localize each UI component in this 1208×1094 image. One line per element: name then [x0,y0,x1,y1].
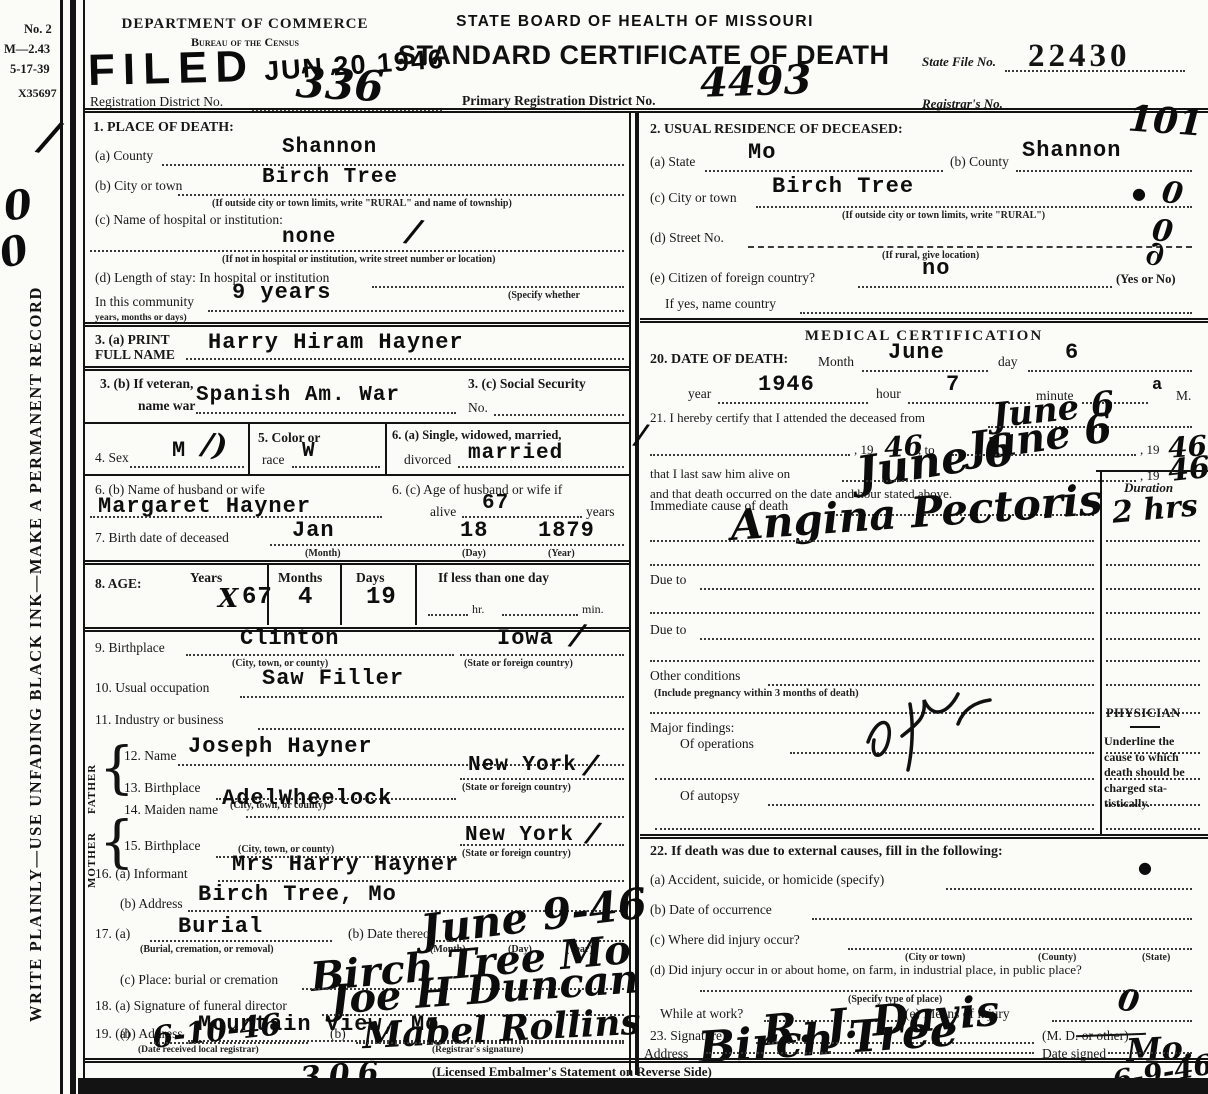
age-hr-label: hr. [472,602,484,617]
last-saw-label: that I last saw him alive on [650,466,790,482]
birthdate-month: Jan [292,518,335,543]
filed-stamp: FILED [87,42,255,96]
at-work-label: While at work? [660,1006,743,1022]
mother-name-label: 14. Maiden name [124,802,218,818]
due-to-label: Due to [650,572,686,588]
dotted-line [258,728,624,730]
dotted-line [768,804,1094,806]
dotted-line [655,828,1094,830]
marital-label2: divorced [404,452,451,468]
physician-title: PHYSICIAN [1106,706,1181,721]
dotted-line [756,206,1192,208]
dotted-line [700,638,1094,640]
veteran-label2: name war [138,398,195,414]
rule [70,0,76,1094]
primary-district-value: 4493 [699,56,812,107]
ssn-label1: 3. (c) Social Security [468,376,586,392]
disposition-value: Burial [178,914,263,939]
industry-label: 11. Industry or business [95,712,224,728]
occupation-value: Saw Filler [262,666,404,691]
injury-where-label: (c) Where did injury occur? [650,932,800,948]
received-label: 19. (a) [95,1026,130,1042]
operations-label: Of operations [680,736,754,752]
race-label2: race [262,452,284,468]
month-caption: (Month) [305,548,341,559]
registrar-sig-label: (b) [330,1026,346,1042]
handwritten-scribble [850,680,1000,780]
birthdate-year: 1879 [538,518,595,543]
father-name-label: 12. Name [124,748,176,764]
age-label: 8. AGE: [95,576,142,592]
rule [83,0,85,1094]
age-less-header: If less than one day [438,570,549,586]
dotted-line [150,1042,308,1044]
dotted-line [1106,684,1200,686]
foreign-country-label: If yes, name country [665,296,776,312]
dotted-line [186,654,454,656]
year-label: year [688,386,711,402]
mother-birthplace-state-caption: (State or foreign country) [462,848,571,859]
other-conditions-label: Other conditions [650,668,740,684]
date-of-death-label: 20. DATE OF DEATH: [650,352,788,368]
rule [415,565,417,625]
dotted-line [706,1052,1034,1054]
dotted-line [1106,564,1200,566]
residence-city-caption: (If outside city or town limits, write "… [842,210,1045,221]
rule [629,113,631,1075]
disposition-caption: (Burial, cremation, or removal) [140,944,274,955]
primary-district-label: Primary Registration District No. [462,93,655,109]
fullname-label2: FULL NAME [95,347,175,363]
month-label: Month [818,354,854,370]
street-label: (d) Street No. [650,230,724,246]
birthdate-label: 7. Birth date of deceased [95,530,229,546]
rule [640,834,1208,836]
rule [248,424,250,474]
rule [85,1058,1208,1060]
dotted-line [1106,660,1200,662]
handwritten-mark: ● [1138,858,1152,877]
citizen-caption: (Yes or No) [1116,272,1175,287]
dotted-line [90,516,382,518]
dotted-line [655,778,1094,780]
birthdate-day: 18 [460,518,488,543]
dotted-line [196,412,456,414]
handwritten-mark: ∂ [1143,233,1167,275]
hospital-caption: (If not in hospital or institution, writ… [222,254,495,265]
residence-state-value: Mo [748,140,776,165]
hour-label: hour [876,386,901,402]
dotted-line [650,454,850,456]
spouse-age-label2: alive [430,504,456,520]
state-file-value: 22430 [1028,38,1131,75]
spouse-age-value: 67 [482,492,509,515]
informant-address-label: (b) Address [120,896,183,912]
dotted-line [460,778,624,780]
dotted-line [356,1042,624,1044]
rule [85,322,629,324]
registrar-sig-caption: (Registrar's signature) [432,1045,523,1055]
community-label: In this community [95,294,194,310]
day-caption: (Day) [462,548,486,559]
day-label: day [998,354,1018,370]
dotted-line [946,888,1192,890]
received-caption: (Date received local registrar) [138,1045,259,1055]
bottom-black-bar [78,1078,1208,1094]
rule [85,560,629,562]
dotted-line [858,286,1112,288]
spouse-age-label1: 6. (c) Age of husband or wife if [392,482,562,498]
dotted-line [705,170,943,172]
city-label: (b) City or town [95,178,182,194]
autopsy-label: Of autopsy [680,788,740,804]
father-birthplace-value: New York [468,754,577,777]
dotted-line [1106,588,1200,590]
death-ampm-value: a [1152,376,1163,395]
county-label: (a) County [95,148,153,164]
birthplace-city: Clinton [240,626,339,651]
rule [85,422,629,424]
dotted-line [650,612,1094,614]
handwritten-mark: / [569,617,586,653]
rule [640,318,1208,320]
fullname-value: Harry Hiram Hayner [208,330,464,355]
rule [1130,726,1160,728]
cause-duration-value: 2 hrs [1111,488,1200,530]
dotted-line [1106,638,1200,640]
age-min-label: min. [582,602,604,617]
dotted-line [862,370,988,372]
state-file-label: State File No. [922,54,996,70]
informant-label: 16. (a) Informant [95,866,188,882]
dotted-line [800,312,1192,314]
reg-district-value: 336 [295,58,385,112]
citizen-label: (e) Citizen of foreign country? [650,270,815,286]
birthplace-state: Iowa [497,626,554,651]
marital-value: married [468,442,563,465]
occurrence-date-label: (b) Date of occurrence [650,902,772,918]
dotted-line [460,654,624,656]
veteran-label1: 3. (b) If veteran, [100,376,193,392]
dotted-line [90,250,624,252]
rule [85,474,629,476]
rule [340,565,342,625]
handwritten-mark: 101 [1127,97,1205,144]
rule [85,108,1208,110]
handwritten-mark: 0 [1115,982,1142,1020]
rule [635,113,639,1075]
dotted-line [1016,170,1192,172]
header-department: DEPARTMENT OF COMMERCE [95,16,395,33]
rule [385,424,387,474]
dotted-line [178,194,624,196]
informant-value: Mrs Harry Hayner [232,852,459,877]
race-value: W [302,440,316,463]
rule [60,0,63,1094]
dotted-line [1106,612,1200,614]
injury-state-caption: (State) [1142,952,1170,963]
dashed-line [748,246,1192,248]
dotted-line [252,110,442,112]
dotted-line [130,466,244,468]
physician-note: Underline the cause to which death shoul… [1104,734,1202,812]
residence-county-label: (b) County [950,154,1009,170]
veteran-value: Spanish Am. War [196,384,400,407]
rule [1096,470,1208,472]
death-day-value: 6 [1065,340,1079,365]
dotted-line [270,544,624,546]
fullname-label1: 3. (a) PRINT [95,332,170,348]
dotted-line [150,940,332,942]
burial-place-label: (c) Place: burial or cremation [120,972,278,988]
father-birthplace-label: 13. Birthplace [124,780,200,796]
residence-city-value: Birch Tree [772,174,914,199]
section1-title: 1. PLACE OF DEATH: [93,120,234,136]
corner-print-line1: No. 2 [24,22,52,37]
mother-birthplace-label: 15. Birthplace [124,838,200,854]
birthplace-state-caption: (State or foreign country) [464,658,573,669]
father-side-label: FATHER [86,740,98,814]
death-certificate-sheet: No. 2 M—2.43 5-17-39 X35697 / 0 0 WRITE … [0,0,1208,1094]
informant-address-value: Birch Tree, Mo [198,882,397,907]
year19-label: , 19 [1140,442,1160,458]
dotted-line [1106,828,1200,830]
dotted-line [208,310,624,312]
birthplace-label: 9. Birthplace [95,640,165,656]
dotted-line [700,588,1094,590]
meridiem-label: M. [1176,388,1191,404]
dotted-line [718,402,868,404]
sex-label: 4. Sex [95,450,129,466]
residence-county-value: Shannon [1022,138,1121,163]
corner-print-line3: 5-17-39 [10,62,50,77]
disposition-label: 17. (a) [95,926,130,942]
hospital-label: (c) Name of hospital or institution: [95,212,283,228]
injury-place-label: (d) Did injury occur in or about home, o… [650,962,1082,978]
dotted-line [460,844,624,846]
mother-name-value: AdelWheelock [222,786,392,811]
dotted-line [494,414,624,416]
dotted-line [1106,540,1200,542]
rule [1100,470,1102,834]
age-years-mark: X [218,584,238,614]
dotted-line [186,358,624,360]
death-year-value: 1946 [758,372,815,397]
hospital-value: none [282,226,336,249]
city-value: Birch Tree [262,166,398,189]
dotted-line [428,614,468,616]
father-name-value: Joseph Hayner [188,734,373,759]
occupation-label: 10. Usual occupation [95,680,209,696]
residence-state-label: (a) State [650,154,695,170]
corner-print-line4: X35697 [18,86,57,101]
dotted-line [1028,370,1192,372]
rule [85,366,629,368]
header-board: STATE BOARD OF HEALTH OF MISSOURI [405,13,865,31]
death-month-value: June [888,340,945,365]
dotted-line [1052,1020,1192,1022]
year-caption: (Year) [548,548,575,559]
other-conditions-caption: (Include pregnancy within 3 months of de… [654,688,859,699]
margin-instruction-text: WRITE PLAINLY—USE UNFADING BLACK INK—MAK… [26,132,46,1022]
section2-title: 2. USUAL RESIDENCE OF DECEASED: [650,122,903,138]
age-days-value: 19 [366,584,397,611]
section22-title: 22. If death was due to external causes,… [650,844,1003,860]
father-birthplace-state-caption: (State or foreign country) [462,782,571,793]
handwritten-mark: / [404,211,423,251]
handwritten-mark: ● [1132,184,1146,203]
dotted-line [292,466,380,468]
dotted-line [246,816,624,818]
dotted-line [240,696,624,698]
marital-label1: 6. (a) Single, widowed, married, [392,428,561,443]
dotted-line [848,948,1192,950]
residence-city-label: (c) City or town [650,190,737,206]
death-hour-value: 7 [946,372,960,397]
corner-print-line2: M—2.43 [4,42,50,57]
citizen-value: no [922,256,950,281]
dotted-line [812,918,1192,920]
accident-label: (a) Accident, suicide, or homicide (spec… [650,872,884,888]
age-months-value: 4 [298,584,313,611]
ssn-label2: No. [468,400,488,416]
due-to-label: Due to [650,622,686,638]
dotted-line [650,540,1094,542]
community-value: 9 years [232,280,331,305]
city-caption: (If outside city or town limits, write "… [212,198,512,209]
major-findings-label: Major findings: [650,720,734,736]
age-years-value: 67 [242,584,273,611]
dotted-line [650,660,1094,662]
dotted-line [650,564,1094,566]
attended-label: 21. I hereby certify that I attended the… [650,410,925,426]
dotted-line [372,286,624,288]
dotted-line [458,466,624,468]
dotted-line [502,614,578,616]
county-value: Shannon [282,136,377,159]
handwritten-mark: /) [200,427,229,464]
sex-value: M [172,438,186,463]
stay-caption: (Specify whether [508,290,580,301]
